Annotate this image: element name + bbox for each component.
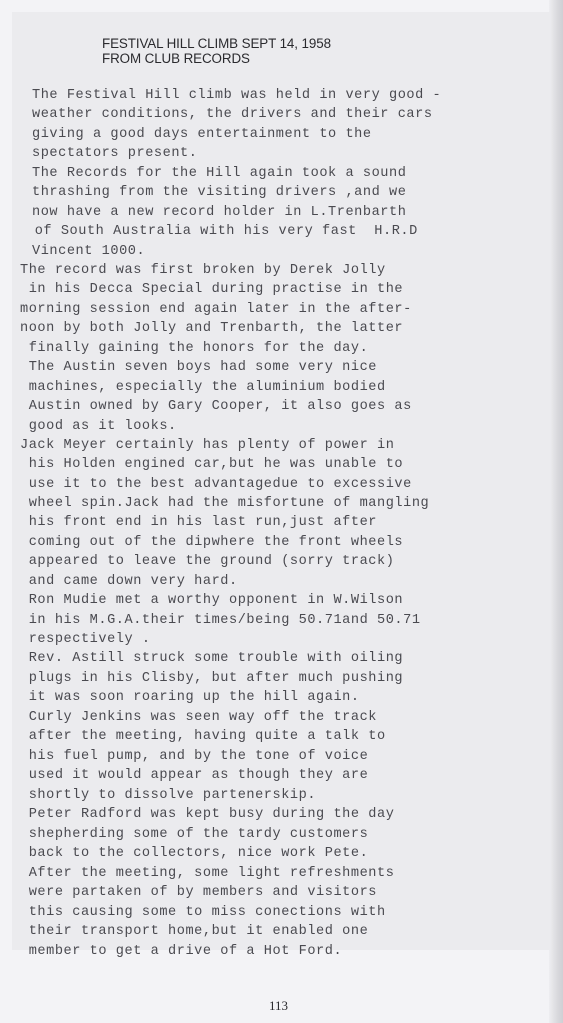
- typed-line: machines, especially the aluminium bodie…: [20, 380, 386, 396]
- typed-line: finally gaining the honors for the day.: [20, 341, 368, 357]
- document-heading: FESTIVAL HILL CLIMB SEPT 14, 1958 FROM C…: [102, 36, 331, 66]
- typed-line: Austin owned by Gary Cooper, it also goe…: [20, 399, 412, 415]
- typed-line: back to the collectors, nice work Pete.: [20, 846, 368, 862]
- typed-line: used it would appear as though they are: [20, 768, 368, 784]
- typed-line: coming out of the dipwhere the front whe…: [20, 535, 403, 551]
- typed-line: Ron Mudie met a worthy opponent in W.Wil…: [20, 593, 403, 609]
- typed-line: spectators present.: [32, 146, 197, 162]
- typed-line: The record was first broken by Derek Jol…: [20, 263, 386, 279]
- heading-subtitle: FROM CLUB RECORDS: [102, 51, 331, 66]
- typed-line: their transport home,but it enabled one: [20, 924, 368, 940]
- typed-line: his fuel pump, and by the tone of voice: [20, 749, 368, 765]
- typed-line: in his M.G.A.their times/being 50.71and …: [20, 613, 421, 629]
- typed-line: shepherding some of the tardy customers: [20, 827, 368, 843]
- typed-line: this causing some to miss conections wit…: [20, 905, 386, 921]
- typed-line: use it to the best advantagedue to exces…: [20, 477, 412, 493]
- typed-line: giving a good days entertainment to the: [32, 127, 372, 143]
- typed-line: appeared to leave the ground (sorry trac…: [20, 554, 394, 570]
- typed-line: in his Decca Special during practise in …: [20, 282, 403, 298]
- page-number: 113: [269, 998, 288, 1014]
- typed-line: The Festival Hill climb was held in very…: [32, 88, 441, 104]
- typed-line: weather conditions, the drivers and thei…: [32, 107, 433, 123]
- typed-line: Vincent 1000.: [32, 244, 145, 260]
- typed-line: morning session end again later in the a…: [20, 302, 412, 318]
- typed-line: The Records for the Hill again took a so…: [32, 166, 406, 182]
- typed-line: member to get a drive of a Hot Ford.: [20, 944, 342, 960]
- typed-line: it was soon roaring up the hill again.: [20, 690, 360, 706]
- typed-line: wheel spin.Jack had the misfortune of ma…: [20, 496, 429, 512]
- typed-line: good as it looks.: [20, 419, 177, 435]
- typed-line: shortly to dissolve partenerskip.: [20, 788, 316, 804]
- typed-line: now have a new record holder in L.Trenba…: [32, 205, 406, 221]
- typed-line: and came down very hard.: [20, 574, 238, 590]
- typed-line: of South Australia with his very fast H.…: [26, 224, 418, 240]
- typed-line: his front end in his last run,just after: [20, 515, 377, 531]
- typed-line: Jack Meyer certainly has plenty of power…: [20, 438, 394, 454]
- typed-line: Curly Jenkins was seen way off the track: [20, 710, 377, 726]
- typed-line: After the meeting, some light refreshmen…: [20, 866, 394, 882]
- typed-line: noon by both Jolly and Trenbarth, the la…: [20, 321, 403, 337]
- typed-line: his Holden engined car,but he was unable…: [20, 457, 403, 473]
- typed-line: plugs in his Clisby, but after much push…: [20, 671, 403, 687]
- page-edge-shadow: [549, 0, 563, 1023]
- typed-line: thrashing from the visiting drivers ,and…: [32, 185, 406, 201]
- typed-line: respectively .: [20, 632, 151, 648]
- typed-line: Peter Radford was kept busy during the d…: [20, 807, 394, 823]
- typed-line: after the meeting, having quite a talk t…: [20, 729, 386, 745]
- heading-title: FESTIVAL HILL CLIMB SEPT 14, 1958: [102, 36, 331, 51]
- typed-line: Rev. Astill struck some trouble with oil…: [20, 651, 403, 667]
- typed-line: were partaken of by members and visitors: [20, 885, 377, 901]
- typed-line: The Austin seven boys had some very nice: [20, 360, 377, 376]
